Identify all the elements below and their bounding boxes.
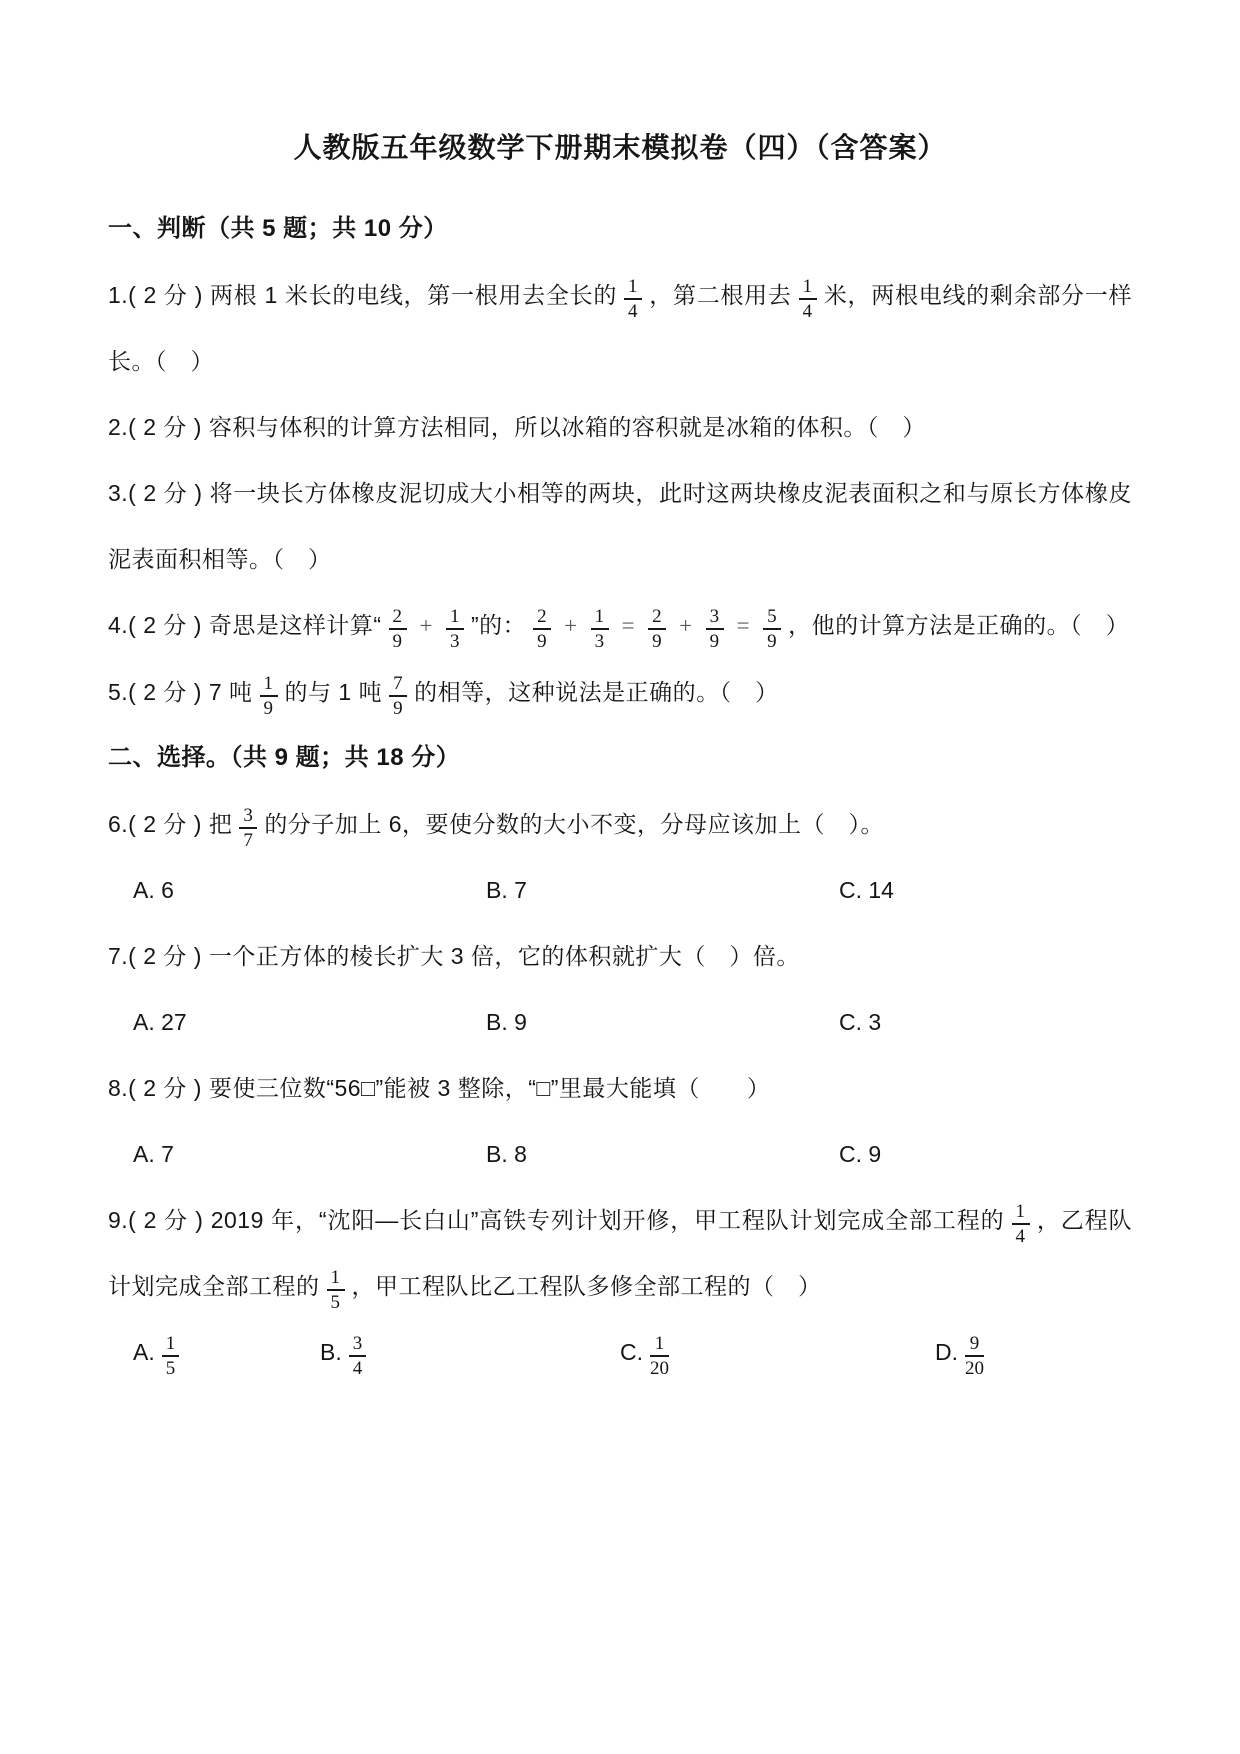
question-6-options: A. 6 B. 7 C. 14 bbox=[108, 857, 1132, 923]
fraction: 29 bbox=[389, 606, 407, 653]
question-8-option-b: B. 8 bbox=[486, 1121, 839, 1187]
fraction: 79 bbox=[389, 673, 407, 720]
math-operator: + bbox=[420, 613, 433, 638]
question-9: 9.( 2 分 ) 2019 年，“沈阳—长白山”高铁专列计划开修，甲工程队计划… bbox=[108, 1187, 1132, 1319]
section-1-heading: 一、判断（共 5 题；共 10 分） bbox=[108, 196, 1132, 262]
exam-page: 人教版五年级数学下册期末模拟卷（四）（含答案） 一、判断（共 5 题；共 10 … bbox=[0, 0, 1240, 1385]
question-9-option-a: A.15 bbox=[133, 1319, 320, 1385]
fraction: 19 bbox=[260, 673, 278, 720]
fraction: 39 bbox=[706, 606, 724, 653]
fraction: 59 bbox=[763, 606, 781, 653]
fraction: 120 bbox=[650, 1333, 669, 1380]
question-5: 5.( 2 分 ) 7 吨19的与 1 吨79的相等，这种说法是正确的。（ ） bbox=[108, 659, 1132, 725]
fraction: 14 bbox=[1012, 1201, 1030, 1248]
page-title: 人教版五年级数学下册期末模拟卷（四）（含答案） bbox=[108, 126, 1132, 170]
fraction: 14 bbox=[624, 276, 642, 323]
question-7-option-a: A. 27 bbox=[133, 989, 486, 1055]
question-6: 6.( 2 分 ) 把37的分子加上 6，要使分数的大小不变，分母应该加上（ ）… bbox=[108, 791, 1132, 857]
fraction: 13 bbox=[591, 606, 609, 653]
question-7-option-c: C. 3 bbox=[839, 989, 1192, 1055]
question-7-options: A. 27 B. 9 C. 3 bbox=[108, 989, 1132, 1055]
question-7: 7.( 2 分 ) 一个正方体的棱长扩大 3 倍，它的体积就扩大（ ）倍。 bbox=[108, 923, 1132, 989]
question-9-options: A.15 B.34 C.120 D.920 bbox=[108, 1319, 1132, 1385]
math-operator: = bbox=[622, 613, 635, 638]
question-4: 4.( 2 分 ) 奇思是这样计算“29+13”的：29+13=29+39=59… bbox=[108, 592, 1132, 659]
fraction: 29 bbox=[648, 606, 666, 653]
fraction: 29 bbox=[533, 606, 551, 653]
math-operator: = bbox=[737, 613, 750, 638]
fraction: 13 bbox=[446, 606, 464, 653]
question-8-option-c: C. 9 bbox=[839, 1121, 1192, 1187]
question-6-option-a: A. 6 bbox=[133, 857, 486, 923]
section-2-heading: 二、选择。（共 9 题；共 18 分） bbox=[108, 725, 1132, 791]
question-9-option-b: B.34 bbox=[320, 1319, 620, 1385]
question-3: 3.( 2 分 ) 将一块长方体橡皮泥切成大小相等的两块，此时这两块橡皮泥表面积… bbox=[108, 460, 1132, 592]
fraction: 15 bbox=[162, 1333, 180, 1380]
fraction: 15 bbox=[327, 1267, 345, 1314]
fraction: 14 bbox=[799, 276, 817, 323]
question-9-option-d: D.920 bbox=[935, 1319, 1132, 1385]
question-1: 1.( 2 分 ) 两根 1 米长的电线，第一根用去全长的14，第二根用去14米… bbox=[108, 262, 1132, 394]
question-8-options: A. 7 B. 8 C. 9 bbox=[108, 1121, 1132, 1187]
math-operator: + bbox=[679, 613, 692, 638]
question-8-option-a: A. 7 bbox=[133, 1121, 486, 1187]
question-7-option-b: B. 9 bbox=[486, 989, 839, 1055]
question-6-option-c: C. 14 bbox=[839, 857, 1192, 923]
fraction: 34 bbox=[349, 1333, 367, 1380]
fraction: 37 bbox=[239, 805, 257, 852]
fraction: 920 bbox=[965, 1333, 984, 1380]
question-9-option-c: C.120 bbox=[620, 1319, 935, 1385]
question-2: 2.( 2 分 ) 容积与体积的计算方法相同，所以冰箱的容积就是冰箱的体积。（ … bbox=[108, 394, 1132, 460]
math-operator: + bbox=[564, 613, 577, 638]
question-6-option-b: B. 7 bbox=[486, 857, 839, 923]
question-8: 8.( 2 分 ) 要使三位数“56□”能被 3 整除，“□”里最大能填（ ） bbox=[108, 1055, 1132, 1121]
